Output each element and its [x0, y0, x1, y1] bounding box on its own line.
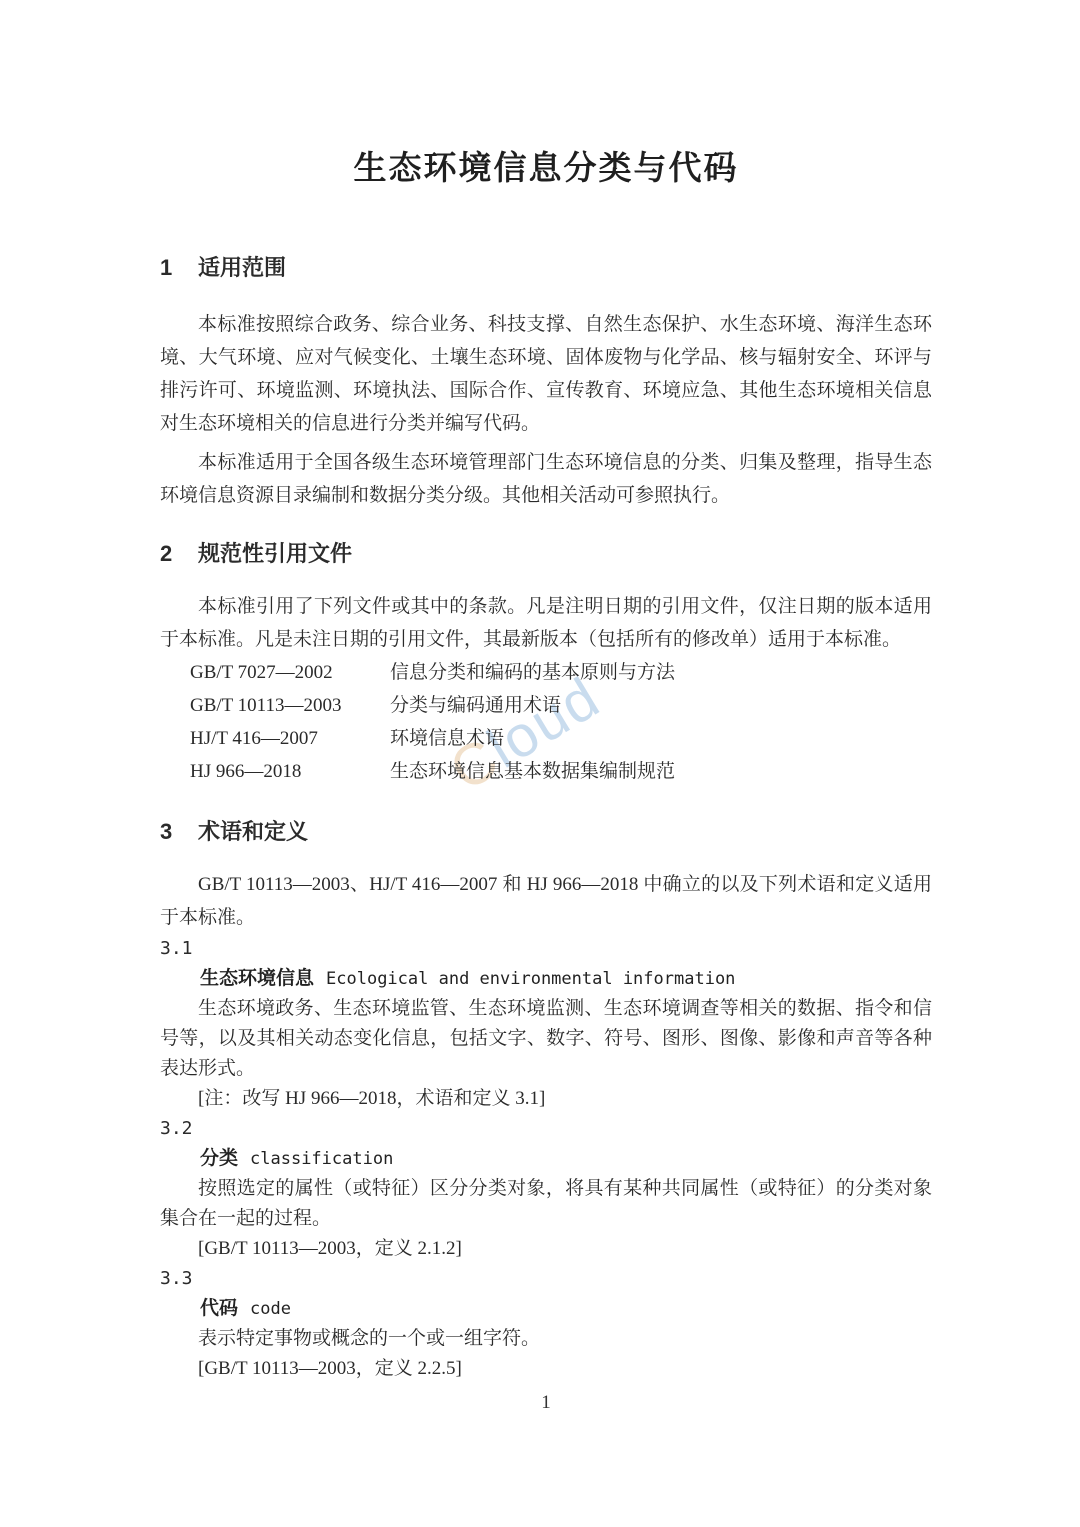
reference-code: GB/T 7027—2002 [190, 656, 390, 689]
page-number: 1 [160, 1390, 932, 1416]
document-title: 生态环境信息分类与代码 [160, 148, 932, 188]
section-3-title: 术语和定义 [198, 818, 308, 846]
term-3-3-zh: 代码 [200, 1294, 238, 1324]
term-3-1-zh: 生态环境信息 [200, 964, 314, 994]
reference-title: 信息分类和编码的基本原则与方法 [390, 656, 932, 689]
term-3-3-source: [GB/T 10113—2003，定义 2.2.5] [160, 1354, 932, 1384]
term-3-1-number: 3.1 [160, 934, 932, 964]
section-1-title: 适用范围 [198, 254, 286, 282]
reference-code: HJ/T 416—2007 [190, 722, 390, 755]
term-3-2-definition: 按照选定的属性（或特征）区分分类对象，将具有某种共同属性（或特征）的分类对象集合… [160, 1174, 932, 1234]
section-1-heading: 1 适用范围 [160, 254, 932, 282]
section-2-heading: 2 规范性引用文件 [160, 540, 932, 568]
term-3-3-heading: 代码 code [200, 1294, 932, 1324]
reference-row: HJ/T 416—2007 环境信息术语 [190, 722, 932, 755]
reference-code: GB/T 10113—2003 [190, 689, 390, 722]
reference-row: GB/T 10113—2003 分类与编码通用术语 [190, 689, 932, 722]
reference-title: 环境信息术语 [390, 722, 932, 755]
section-1-number: 1 [160, 254, 198, 282]
reference-row: GB/T 7027—2002 信息分类和编码的基本原则与方法 [190, 656, 932, 689]
section-1-paragraph-2: 本标准适用于全国各级生态环境管理部门生态环境信息的分类、归集及整理，指导生态环境… [160, 446, 932, 512]
term-3-2-number: 3.2 [160, 1114, 932, 1144]
section-2-title: 规范性引用文件 [198, 540, 352, 568]
section-1-paragraph-1: 本标准按照综合政务、综合业务、科技支撑、自然生态保护、水生态环境、海洋生态环境、… [160, 308, 932, 440]
term-3-1-definition: 生态环境政务、生态环境监管、生态环境监测、生态环境调查等相关的数据、指令和信号等… [160, 994, 932, 1084]
term-3-3-en: code [250, 1294, 291, 1324]
term-3-1-heading: 生态环境信息 Ecological and environmental info… [200, 964, 932, 994]
reference-title: 分类与编码通用术语 [390, 689, 932, 722]
term-3-3-definition: 表示特定事物或概念的一个或一组字符。 [160, 1324, 932, 1354]
reference-row: HJ 966—2018 生态环境信息基本数据集编制规范 [190, 755, 932, 788]
term-3-2-heading: 分类 classification [200, 1144, 932, 1174]
section-3-intro: GB/T 10113—2003、HJ/T 416—2007 和 HJ 966—2… [160, 868, 932, 934]
section-3-heading: 3 术语和定义 [160, 818, 932, 846]
reference-title: 生态环境信息基本数据集编制规范 [390, 755, 932, 788]
term-3-2-zh: 分类 [200, 1144, 238, 1174]
section-3-number: 3 [160, 818, 198, 846]
term-3-2-en: classification [250, 1144, 393, 1174]
term-3-2-source: [GB/T 10113—2003，定义 2.1.2] [160, 1234, 932, 1264]
document-page: 生态环境信息分类与代码 1 适用范围 本标准按照综合政务、综合业务、科技支撑、自… [160, 148, 932, 1416]
term-3-1-en: Ecological and environmental information [326, 964, 735, 994]
section-2-number: 2 [160, 540, 198, 568]
reference-code: HJ 966—2018 [190, 755, 390, 788]
section-2-paragraph-1: 本标准引用了下列文件或其中的条款。凡是注明日期的引用文件，仅注日期的版本适用于本… [160, 590, 932, 656]
normative-references-list: GB/T 7027—2002 信息分类和编码的基本原则与方法 GB/T 1011… [160, 656, 932, 788]
term-3-1-source: [注：改写 HJ 966—2018，术语和定义 3.1] [160, 1084, 932, 1114]
term-3-3-number: 3.3 [160, 1264, 932, 1294]
